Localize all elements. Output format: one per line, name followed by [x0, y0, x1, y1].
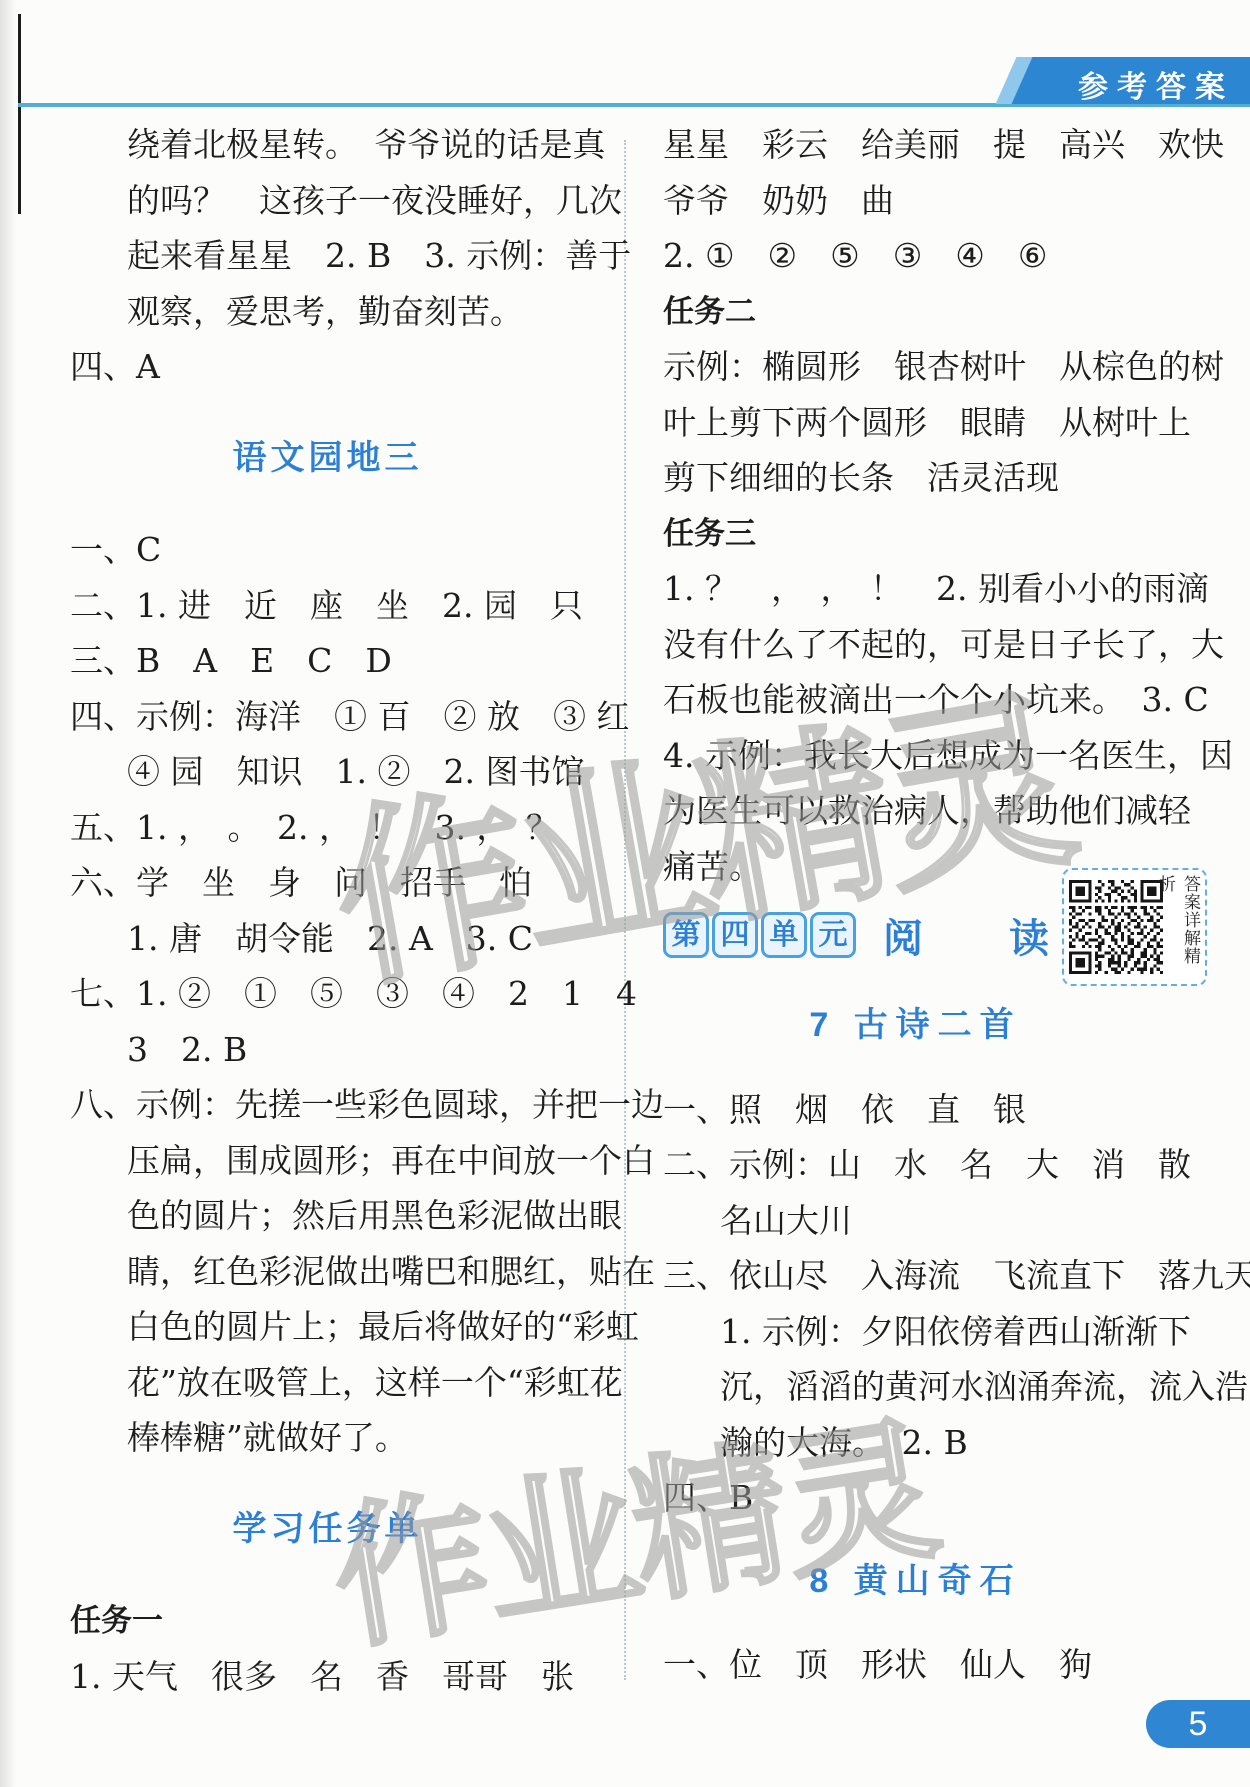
unit-char-box: 四 — [712, 912, 758, 958]
unit-char-box: 元 — [810, 912, 856, 958]
answer-line: 星星 彩云 给美丽 提 高兴 欢快 — [663, 117, 1168, 173]
answer-line: 绕着北极星转。 爷爷说的话是真 — [70, 117, 585, 173]
answer-line: 1. ？ ， ， ！ 2. 别看小小的雨滴 — [663, 561, 1168, 617]
answer-line: 一、照 烟 依 直 银 — [663, 1082, 1168, 1138]
answer-line: 没有什么了不起的，可是日子长了，大 — [663, 617, 1168, 673]
task-label: 任务三 — [663, 506, 1168, 562]
answer-line: 二、1. 进 近 座 坐 2. 园 只 — [70, 578, 585, 634]
unit-char-box: 第 — [663, 912, 709, 958]
answer-line: 三、B A E C D — [70, 633, 585, 689]
answer-line: 瀚的大海。 2. B — [663, 1415, 1168, 1471]
section-heading-xuexi-renwudan: 学习任务单 — [70, 1502, 585, 1558]
print-registration-mark — [18, 14, 21, 214]
unit-char-box: 单 — [761, 912, 807, 958]
task-label: 任务一 — [70, 1593, 585, 1649]
answer-line: 起来看星星 2. B 3. 示例：善于 — [70, 228, 585, 284]
unit-title: 阅 读 — [883, 907, 1051, 964]
page-number-badge: 5 — [1146, 1700, 1250, 1748]
answer-line: 1. 唐 胡令能 2. A 3. C — [70, 911, 585, 967]
answer-line: 3 2. B — [70, 1022, 585, 1078]
qr-code-icon — [1069, 876, 1163, 978]
answer-line: 剪下细细的长条 活灵活现 — [663, 450, 1168, 506]
answer-line: 1. 天气 很多 名 香 哥哥 张 — [70, 1649, 585, 1705]
answer-line: 色的圆片；然后用黑色彩泥做出眼 — [70, 1188, 585, 1244]
answer-line: 六、学 坐 身 问 招手 怕 — [70, 855, 585, 911]
section-heading-yuwen-yuandi-3: 语文园地三 — [70, 431, 585, 487]
answer-line: 四、示例：海洋 ① 百 ② 放 ③ 红 — [70, 689, 585, 745]
answer-book-page: 参考答案 作业精灵 作业精灵 绕着北极星转。 爷爷说的话是真 的吗？ 这孩子一夜… — [0, 0, 1250, 1787]
answer-line: 八、示例：先搓一些彩色圆球，并把一边 — [70, 1077, 585, 1133]
lesson-heading-8-huangshan-qishi: 8 黄山奇石 — [663, 1554, 1168, 1610]
answer-line: 花”放在吸管上，这样一个“彩虹花 — [70, 1355, 585, 1411]
answer-line: 4. 示例：我长大后想成为一名医生，因 — [663, 728, 1168, 784]
answer-line: 五、1. ， 。 2. ， ！ 3. ， ？ — [70, 800, 585, 856]
answer-line: 棒棒糖”就做好了。 — [70, 1410, 585, 1466]
answer-line: 为医生可以救治病人，帮助他们减轻 — [663, 783, 1168, 839]
lesson-heading-7-gushi-ershou: 7 古诗二首 — [663, 998, 1168, 1054]
answer-line: 的吗？ 这孩子一夜没睡好，几次 — [70, 173, 585, 229]
answer-line: 石板也能被滴出一个个小坑来。 3. C — [663, 672, 1168, 728]
answer-line: 二、示例：山 水 名 大 消 散 — [663, 1137, 1168, 1193]
answer-line: 睛，红色彩泥做出嘴巴和腮红，贴在 — [70, 1244, 585, 1300]
column-divider — [624, 140, 626, 1680]
answer-line: ④ 园 知识 1. ② 2. 图书馆 — [70, 744, 585, 800]
answer-line: 爷爷 奶奶 曲 — [663, 173, 1168, 229]
page-header-ribbon: 参考答案 — [990, 57, 1250, 104]
task-label: 任务二 — [663, 284, 1168, 340]
answer-qr-block: 答案详解精析 — [1062, 868, 1207, 986]
qr-caption: 答案详解精析 — [1153, 875, 1203, 979]
page-left-edge-shadow — [0, 0, 16, 1787]
answer-line: 七、1. ② ① ⑤ ③ ④ 2 1 4 — [70, 966, 585, 1022]
answer-line: 一、位 顶 形状 仙人 狗 — [663, 1637, 1168, 1693]
answer-line: 四、A — [70, 339, 585, 395]
answer-line: 三、依山尽 入海流 飞流直下 落九天 — [663, 1248, 1168, 1304]
answer-line: 1. 示例：夕阳依傍着西山渐渐下 — [663, 1304, 1168, 1360]
answer-line: 压扁，围成圆形；再在中间放一个白 — [70, 1133, 585, 1189]
answer-line: 一、C — [70, 522, 585, 578]
left-column: 绕着北极星转。 爷爷说的话是真 的吗？ 这孩子一夜没睡好，几次 起来看星星 2.… — [70, 117, 585, 1704]
answer-line: 四、B — [663, 1470, 1168, 1526]
answer-line: 示例：椭圆形 银杏树叶 从棕色的树 — [663, 339, 1168, 395]
answer-line: 沉，滔滔的黄河水汹涌奔流，流入浩 — [663, 1359, 1168, 1415]
answer-line: 2. ① ② ⑤ ③ ④ ⑥ — [663, 228, 1168, 284]
answer-line: 叶上剪下两个圆形 眼睛 从树叶上 — [663, 395, 1168, 451]
page-header-title: 参考答案 — [1078, 62, 1234, 106]
answer-line: 名山大川 — [663, 1193, 1168, 1249]
answer-line: 观察，爱思考，勤奋刻苦。 — [70, 284, 585, 340]
answer-line: 白色的圆片上；最后将做好的“彩虹 — [70, 1299, 585, 1355]
